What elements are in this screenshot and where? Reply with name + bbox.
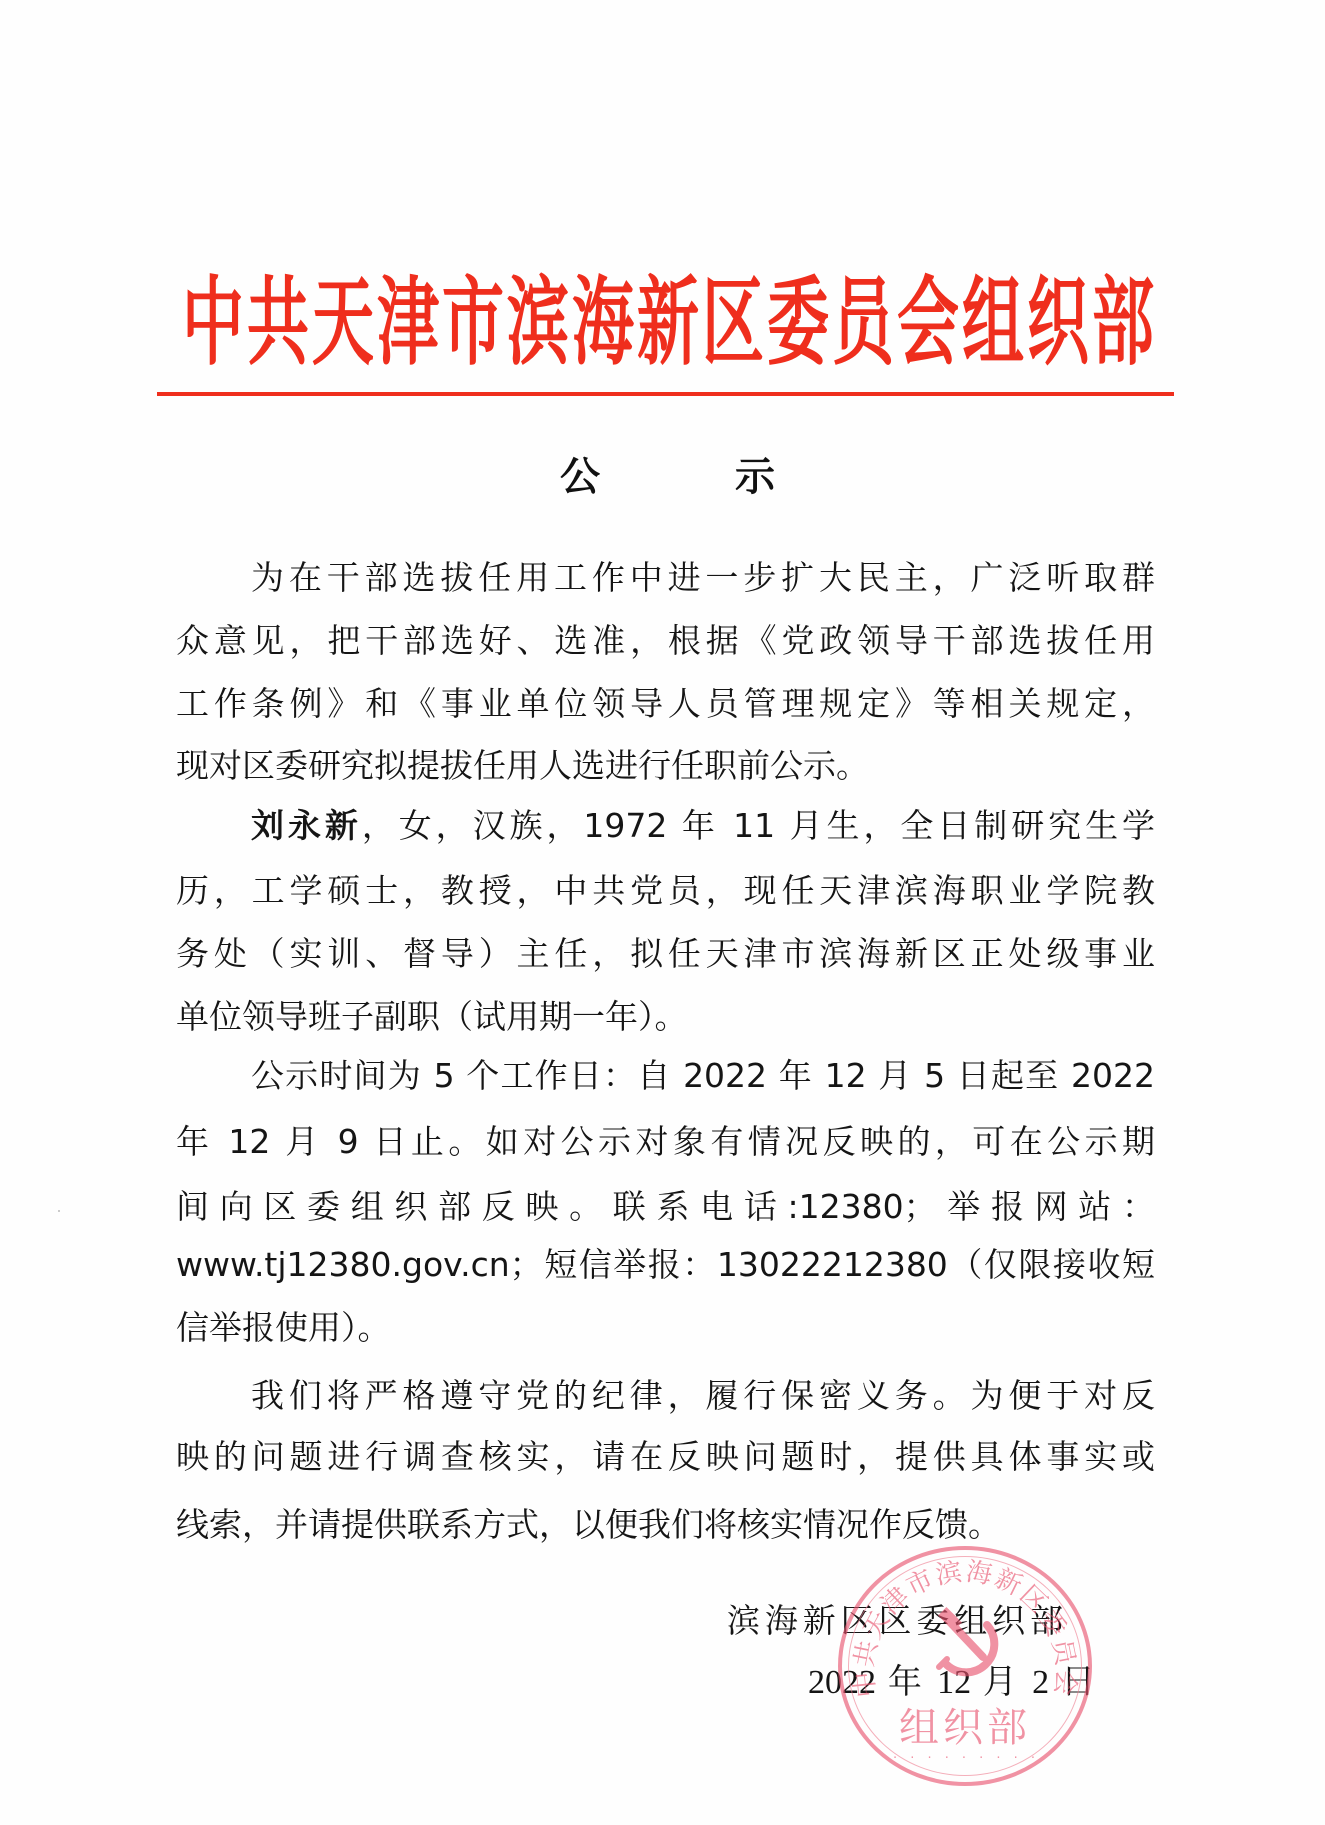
document-title-char: 公 <box>560 452 600 502</box>
paragraph-2-line-1: 刘永新，女，汉族，1972 年 11 月生，全日制研究生学 <box>251 801 1155 851</box>
seal-serial-number: · · · · · · · · · <box>838 1751 1092 1764</box>
candidate-bio-text: ，女，汉族，1972 年 11 月生，全日制研究生学 <box>362 806 1155 845</box>
paragraph-1-line-4: 现对区委研究拟提拔任用人选进行任职前公示。 <box>176 741 1155 791</box>
paragraph-2-line-3: 务处（实训、督导）主任，拟任天津市滨海新区正处级事业 <box>176 929 1155 979</box>
masthead-title: 中共天津市滨海新区委员会组织部 <box>182 238 1154 409</box>
candidate-name: 刘永新 <box>251 806 362 845</box>
document-title: 公 示 <box>560 452 775 502</box>
paragraph-2-line-2: 历，工学硕士，教授，中共党员，现任天津滨海职业学院教 <box>176 866 1155 916</box>
paragraph-1-line-2: 众意见，把干部选好、选准，根据《党政领导干部选拔任用 <box>176 616 1155 666</box>
paragraph-4-line-2: 映的问题进行调查核实，请在反映问题时，提供具体事实或 <box>176 1432 1155 1482</box>
paragraph-1-line-1: 为在干部选拔任用工作中进一步扩大民主，广泛听取群 <box>251 553 1155 603</box>
paragraph-3-line-1: 公示时间为 5 个工作日：自 2022 年 12 月 5 日起至 2022 <box>251 1051 1155 1101</box>
signature-date: 2022 年 12 月 2 日 <box>808 1658 1095 1708</box>
paragraph-3-line-2: 年 12 月 9 日止。如对公示对象有情况反映的，可在公示期 <box>176 1117 1155 1167</box>
paragraph-3-line-3: 间向区委组织部反映。联系电话:12380；举报网站： <box>176 1182 1155 1232</box>
document-page: 中共天津市滨海新区委员会组织部 公 示 为在干部选拔任用工作中进一步扩大民主，广… <box>0 0 1325 1825</box>
signature-organization: 滨海新区区委组织部 <box>727 1596 1063 1646</box>
paragraph-4-line-3: 线索，并请提供联系方式，以便我们将核实情况作反馈。 <box>176 1500 1155 1550</box>
paragraph-4-line-1: 我们将严格遵守党的纪律，履行保密义务。为便于对反 <box>251 1371 1155 1421</box>
paragraph-2-line-4: 单位领导班子副职（试用期一年）。 <box>176 992 1155 1042</box>
scan-speck <box>58 1210 60 1212</box>
document-title-char: 示 <box>735 452 775 502</box>
paragraph-1-line-3: 工作条例》和《事业单位领导人员管理规定》等相关规定， <box>176 679 1155 729</box>
paragraph-3-line-4: www.tj12380.gov.cn；短信举报：13022212380（仅限接收… <box>176 1240 1155 1290</box>
masthead-red-rule <box>157 392 1174 396</box>
paragraph-3-line-5: 信举报使用）。 <box>176 1303 1155 1353</box>
